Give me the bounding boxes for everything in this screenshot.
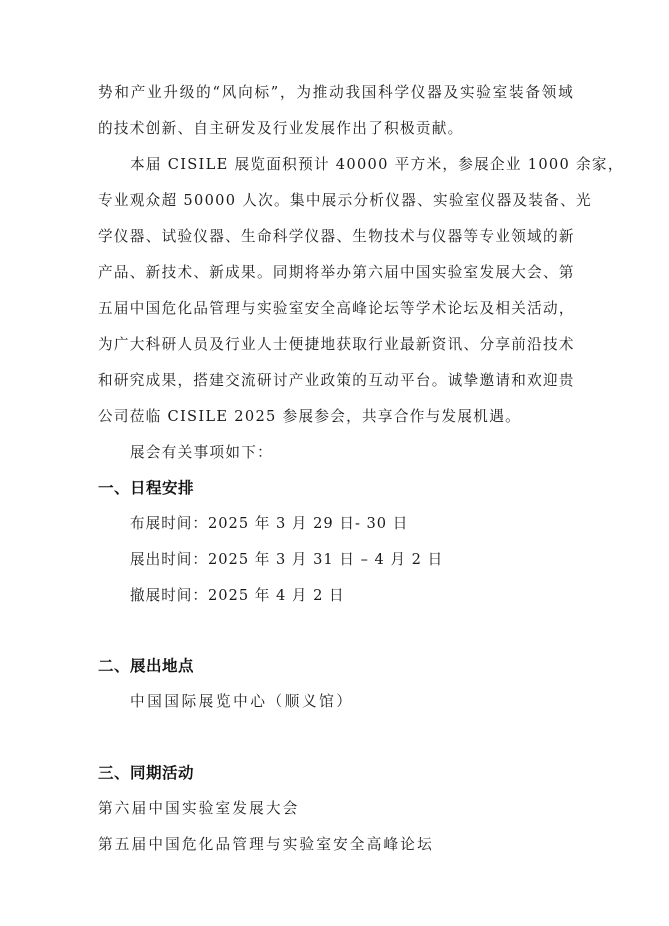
event-item: 第六届中国实验室发展大会 xyxy=(98,799,300,819)
intro-line-2: 的技术创新、自主研发及行业发展作出了积极贡献。 xyxy=(98,119,574,139)
schedule-teardown-time: 撤展时间：2025 年 4 月 2 日 xyxy=(130,586,345,606)
overview-line-8: 公司莅临 CISILE 2025 参展参会，共享合作与发展机遇。 xyxy=(98,407,574,427)
section-heading-schedule: 一、日程安排 xyxy=(98,478,194,498)
document-page: 势和产业升级的“风向标”，为推动我国科学仪器及实验室装备领域 的技术创新、自主研… xyxy=(0,0,669,926)
venue-location: 中国国际展览中心（顺义馆） xyxy=(130,692,354,712)
lead-in-text: 展会有关事项如下： xyxy=(130,443,574,463)
overview-line-5: 五届中国危化品管理与实验室安全高峰论坛等学术论坛及相关活动， xyxy=(98,299,574,319)
overview-line-2: 专业观众超 50000 人次。集中展示分析仪器、实验室仪器及装备、光 xyxy=(98,191,574,211)
overview-line-7: 和研究成果，搭建交流研讨产业政策的互动平台。诚挚邀请和欢迎贵 xyxy=(98,371,574,391)
section-heading-venue: 二、展出地点 xyxy=(98,656,194,676)
schedule-setup-time: 布展时间：2025 年 3 月 29 日- 30 日 xyxy=(130,514,408,534)
overview-line-1: 本届 CISILE 展览面积预计 40000 平方米，参展企业 1000 余家， xyxy=(130,155,574,175)
event-item: 第五届中国危化品管理与实验室安全高峰论坛 xyxy=(98,835,434,855)
overview-line-3: 学仪器、试验仪器、生命科学仪器、生物技术与仪器等专业领域的新 xyxy=(98,227,574,247)
overview-line-6: 为广大科研人员及行业人士便捷地获取行业最新资讯、分享前沿技术 xyxy=(98,335,574,355)
section-heading-events: 三、同期活动 xyxy=(98,763,194,783)
schedule-exhibition-time: 展出时间：2025 年 3 月 31 日 – 4 月 2 日 xyxy=(130,550,443,570)
overview-line-4: 产品、新技术、新成果。同期将举办第六届中国实验室发展大会、第 xyxy=(98,263,574,283)
intro-line-1: 势和产业升级的“风向标”，为推动我国科学仪器及实验室装备领域 xyxy=(98,83,574,103)
